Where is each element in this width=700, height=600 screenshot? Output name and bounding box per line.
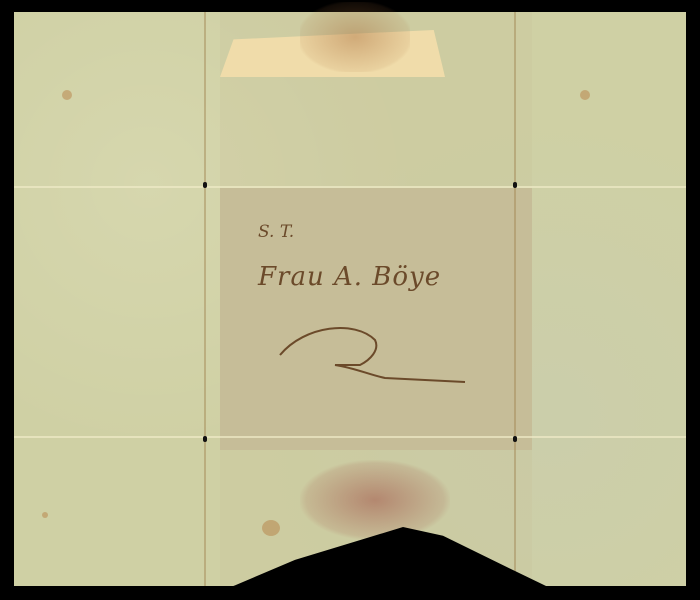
address-recipient: Frau A. Böye xyxy=(258,262,441,292)
pinhole xyxy=(513,182,517,188)
pinhole xyxy=(203,182,207,188)
fold-line-top xyxy=(14,186,686,188)
pen-flourish xyxy=(275,320,475,390)
pinhole xyxy=(203,436,207,442)
fold-line-left xyxy=(204,12,206,586)
fold-line-bottom xyxy=(14,436,686,438)
foxing-stain xyxy=(580,90,590,100)
wax-seal-residue-top xyxy=(300,2,410,72)
fold-line-right xyxy=(514,12,516,586)
wax-seal-residue-bottom xyxy=(300,460,450,540)
foxing-stain xyxy=(62,90,72,100)
foxing-stain xyxy=(42,512,48,518)
foxing-stain xyxy=(262,520,280,536)
address-salutation: S. T. xyxy=(258,222,294,242)
pinhole xyxy=(513,436,517,442)
